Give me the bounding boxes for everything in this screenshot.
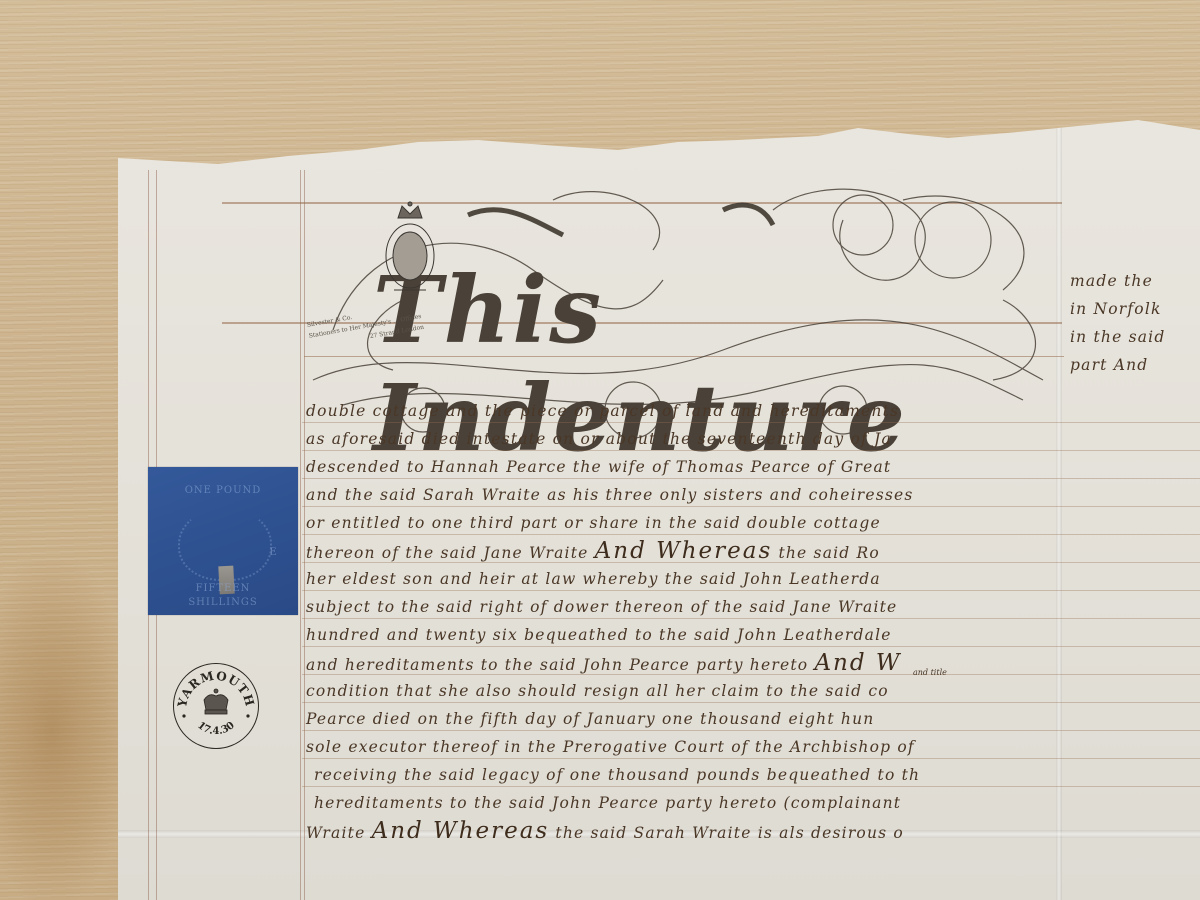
body-line: and hereditaments to the said John Pearc…	[306, 650, 902, 676]
ruled-line	[302, 618, 1200, 619]
right-column-line: made the	[1070, 272, 1153, 290]
ruled-line	[302, 702, 1200, 703]
ruled-line	[302, 506, 1200, 507]
right-column-line: in the said	[1070, 328, 1165, 346]
body-line: hereditaments to the said John Pearce pa…	[314, 794, 901, 812]
ruled-line	[302, 534, 1200, 535]
ruled-line	[302, 730, 1200, 731]
margin-rule	[300, 170, 301, 900]
body-line: thereon of the said Jane Wraite And Wher…	[306, 538, 880, 564]
royal-crest	[380, 200, 440, 310]
postmark-date: 17.4.30	[195, 720, 237, 737]
crest-icon	[380, 200, 440, 310]
body-line: sole executor thereof in the Prerogative…	[306, 738, 915, 756]
ruled-line	[302, 786, 1200, 787]
body-line: her eldest son and heir at law whereby t…	[306, 570, 881, 588]
revenue-stamp: ONE POUND E FIFTEEN SHILLINGS	[148, 467, 298, 615]
yarmouth-postmark: YARMOUTH 17.4.30	[173, 663, 259, 749]
interlineation: and title	[913, 668, 947, 677]
body-line: double cottage and the piece or parcel o…	[306, 402, 899, 420]
body-line: Pearce died on the fifth day of January …	[306, 710, 874, 728]
body-line: hundred and twenty six bequeathed to the…	[306, 626, 892, 644]
body-line: Wraite And Whereas the said Sarah Wraite…	[306, 818, 904, 844]
body-line-text: and hereditaments to the said John Pearc…	[306, 656, 808, 674]
body-line-text: the said Ro	[778, 544, 880, 562]
svg-text:17.4.30: 17.4.30	[195, 720, 237, 737]
crown-icon	[201, 688, 231, 718]
body-line: subject to the said right of dower there…	[306, 598, 897, 616]
wood-table-surface	[0, 560, 130, 900]
ruled-line	[302, 450, 1200, 451]
and-whereas-emphasis: And Whereas	[595, 538, 773, 564]
and-whereas-emphasis: And Whereas	[372, 818, 550, 844]
body-line: descended to Hannah Pearce the wife of T…	[306, 458, 891, 476]
body-line: receiving the said legacy of one thousan…	[314, 766, 920, 784]
body-line: or entitled to one third part or share i…	[306, 514, 881, 532]
body-line-text: thereon of the said Jane Wraite	[306, 544, 589, 562]
body-line: as aforesaid died intestate on or about …	[306, 430, 892, 448]
right-column-line: part And	[1070, 356, 1148, 374]
stamp-text: E	[148, 547, 298, 558]
ruled-line	[302, 758, 1200, 759]
right-column-line: in Norfolk	[1070, 300, 1162, 318]
and-whereas-emphasis: And W	[814, 650, 901, 676]
stamp-value-top: ONE POUND	[148, 485, 298, 496]
body-line-text: Wraite	[306, 824, 365, 842]
ruled-line	[302, 478, 1200, 479]
stamp-text: FIFTEEN	[148, 583, 298, 594]
stamp-text: SHILLINGS	[148, 597, 298, 608]
ruled-line	[302, 422, 1200, 423]
ruled-line	[302, 646, 1200, 647]
body-line-text: the said Sarah Wraite is als desirous o	[555, 824, 904, 842]
body-line: and the said Sarah Wraite as his three o…	[306, 486, 914, 504]
body-line: condition that she also should resign al…	[306, 682, 889, 700]
ruled-line	[302, 590, 1200, 591]
